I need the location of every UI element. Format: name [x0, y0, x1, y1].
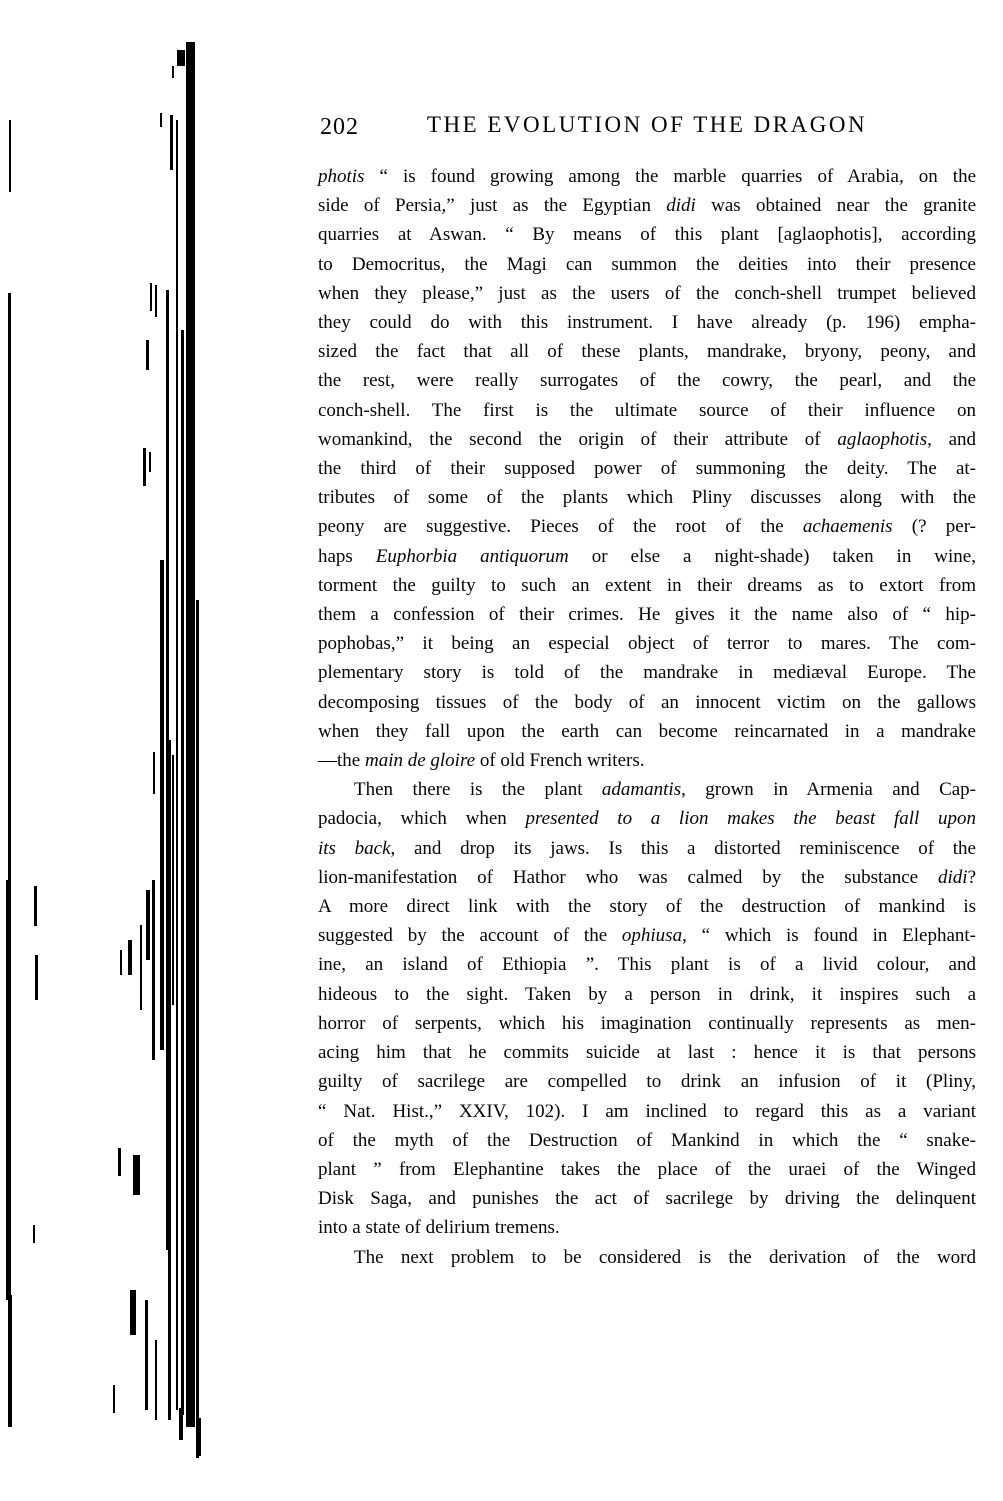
text-line: suggested by the account of the ophiusa,…: [318, 921, 976, 950]
scan-streak: [140, 925, 142, 1010]
text-segment: “ is found growing among the marble quar…: [364, 166, 976, 187]
text-segment: ine, an island of Ethiopia ”. This plant…: [318, 954, 976, 975]
text-line: of the myth of the Destruction of Mankin…: [318, 1126, 976, 1155]
scan-streak: [133, 1155, 140, 1195]
text-line: plant ” from Elephantine takes the place…: [318, 1155, 976, 1184]
text-line: horror of serpents, which his imaginatio…: [318, 1009, 976, 1038]
scan-streak: [33, 1225, 35, 1243]
scan-streak: [8, 293, 11, 883]
text-line: womankind, the second the origin of thei…: [318, 425, 976, 454]
italic-text: achaemenis: [803, 516, 893, 537]
italic-text: didi: [938, 867, 968, 888]
text-line: lion-manifestation of Hathor who was cal…: [318, 863, 976, 892]
text-line: torment the guilty to such an extent in …: [318, 571, 976, 600]
text-segment: padocia, which when: [318, 808, 525, 829]
scan-streak: [196, 600, 199, 1458]
text-segment: into a state of delirium tremens.: [318, 1217, 560, 1238]
text-segment: tributes of some of the plants which Pli…: [318, 487, 976, 508]
text-line: them a confession of their crimes. He gi…: [318, 600, 976, 629]
text-segment: “ Nat. Hist.,” XXIV, 102). I am inclined…: [318, 1101, 976, 1122]
scan-streak: [6, 880, 11, 1300]
text-line: into a state of delirium tremens.: [318, 1213, 976, 1242]
scan-streak: [181, 330, 184, 1415]
text-line: Disk Saga, and punishes the act of sacri…: [318, 1184, 976, 1213]
text-line: haps Euphorbia antiquorum or else a nigh…: [318, 542, 976, 571]
text-line: when they please,” just as the users of …: [318, 279, 976, 308]
paragraph: The next problem to be considered is the…: [318, 1243, 976, 1272]
text-line: acing him that he commits suicide at las…: [318, 1038, 976, 1067]
text-line: peony are suggestive. Pieces of the root…: [318, 512, 976, 541]
italic-text: ophiusa: [622, 925, 682, 946]
italic-text: Euphorbia antiquorum: [376, 546, 569, 567]
text-line: —the main de gloire of old French writer…: [318, 746, 976, 775]
text-segment: The next problem to be considered is the…: [354, 1247, 976, 1268]
scan-streak: [146, 890, 150, 960]
text-segment: haps: [318, 546, 376, 567]
scan-streak: [179, 1408, 183, 1440]
scan-streak: [176, 120, 178, 1410]
text-line: the third of their supposed power of sum…: [318, 454, 976, 483]
text-segment: womankind, the second the origin of thei…: [318, 429, 837, 450]
text-segment: , and: [927, 429, 976, 450]
scan-streak: [8, 1295, 12, 1427]
text-segment: —the: [318, 750, 365, 771]
running-title: THE EVOLUTION OF THE DRAGON: [318, 112, 976, 138]
text-line: the rest, were really surrogates of the …: [318, 366, 976, 395]
text-segment: Then there is the plant: [354, 779, 602, 800]
text-line: plementary story is told of the mandrake…: [318, 658, 976, 687]
text-line: to Democritus, the Magi can summon the d…: [318, 250, 976, 279]
scan-streak: [166, 290, 169, 1250]
text-segment: when they fall upon the earth can become…: [318, 721, 976, 742]
italic-text: photis: [318, 166, 364, 187]
scan-streak: [172, 755, 174, 1005]
text-line: its back, and drop its jaws. Is this a d…: [318, 834, 976, 863]
text-line: quarries at Aswan. “ By means of this pl…: [318, 220, 976, 249]
italic-text: adamantis: [602, 779, 681, 800]
text-segment: pophobas,” it being an especial object o…: [318, 633, 976, 654]
italic-text: aglaophotis: [837, 429, 927, 450]
scan-streak: [118, 1148, 121, 1176]
scan-streak: [168, 740, 171, 1420]
scan-streak: [146, 340, 149, 370]
scan-streak: [34, 886, 37, 926]
text-segment: the rest, were really surrogates of the …: [318, 370, 976, 391]
text-segment: of old French writers.: [475, 750, 644, 771]
body-text: photis “ is found growing among the marb…: [318, 162, 976, 1272]
scan-streak: [155, 285, 157, 317]
scan-streak: [150, 283, 152, 311]
page-header: 202 THE EVOLUTION OF THE DRAGON: [318, 112, 976, 144]
text-line: they could do with this instrument. I ha…: [318, 308, 976, 337]
scan-streak: [35, 955, 38, 1000]
text-segment: them a confession of their crimes. He gi…: [318, 604, 976, 625]
text-segment: A more direct link with the story of the…: [318, 896, 976, 917]
text-segment: they could do with this instrument. I ha…: [318, 312, 976, 333]
text-segment: conch-shell. The first is the ultimate s…: [318, 400, 976, 421]
text-segment: plementary story is told of the mandrake…: [318, 662, 976, 683]
text-segment: suggested by the account of the: [318, 925, 622, 946]
italic-text: didi: [666, 195, 696, 216]
scan-streak: [155, 1340, 157, 1420]
text-segment: horror of serpents, which his imaginatio…: [318, 1013, 976, 1034]
text-segment: was obtained near the granite: [696, 195, 976, 216]
text-line: ine, an island of Ethiopia ”. This plant…: [318, 950, 976, 979]
text-line: padocia, which when presented to a lion …: [318, 804, 976, 833]
text-segment: decomposing tissues of the body of an in…: [318, 692, 976, 713]
scan-streak: [120, 950, 122, 975]
scan-streak: [9, 120, 11, 192]
text-line: side of Persia,” just as the Egyptian di…: [318, 191, 976, 220]
scan-streak: [149, 452, 151, 472]
text-line: decomposing tissues of the body of an in…: [318, 688, 976, 717]
text-segment: , grown in Armenia and Cap-: [681, 779, 976, 800]
text-line: “ Nat. Hist.,” XXIV, 102). I am inclined…: [318, 1097, 976, 1126]
text-segment: hideous to the sight. Taken by a person …: [318, 984, 976, 1005]
page-content: 202 THE EVOLUTION OF THE DRAGON photis “…: [318, 112, 976, 1272]
text-segment: sized the fact that all of these plants,…: [318, 341, 976, 362]
text-line: guilty of sacrilege are compelled to dri…: [318, 1067, 976, 1096]
text-line: sized the fact that all of these plants,…: [318, 337, 976, 366]
text-line: A more direct link with the story of the…: [318, 892, 976, 921]
italic-text: main de gloire: [365, 750, 475, 771]
text-segment: the third of their supposed power of sum…: [318, 458, 976, 479]
paragraph: photis “ is found growing among the marb…: [318, 162, 976, 775]
scan-streak: [160, 113, 162, 127]
text-line: Then there is the plant adamantis, grown…: [318, 775, 976, 804]
text-segment: plant ” from Elephantine takes the place…: [318, 1159, 976, 1180]
text-line: tributes of some of the plants which Pli…: [318, 483, 976, 512]
scan-streak: [186, 42, 195, 1427]
text-segment: torment the guilty to such an extent in …: [318, 575, 976, 596]
scan-streak: [153, 752, 155, 794]
italic-text: presented to a lion makes the beast fall…: [525, 808, 976, 829]
text-segment: of the myth of the Destruction of Mankin…: [318, 1130, 976, 1151]
text-segment: side of Persia,” just as the Egyptian: [318, 195, 666, 216]
scan-streak: [113, 1385, 115, 1413]
scan-streak: [172, 66, 174, 78]
scan-streak: [196, 1418, 201, 1456]
scan-streak: [145, 1300, 148, 1410]
scan-streak: [170, 115, 173, 170]
text-line: photis “ is found growing among the marb…: [318, 162, 976, 191]
text-segment: , and drop its jaws. Is this a distorted…: [391, 838, 976, 859]
text-line: when they fall upon the earth can become…: [318, 717, 976, 746]
italic-text: its back: [318, 838, 391, 859]
text-segment: or else a night-shade) taken in wine,: [569, 546, 976, 567]
text-segment: lion-manifestation of Hathor who was cal…: [318, 867, 938, 888]
text-line: hideous to the sight. Taken by a person …: [318, 980, 976, 1009]
text-segment: ?: [968, 867, 976, 888]
text-segment: when they please,” just as the users of …: [318, 283, 976, 304]
text-segment: Disk Saga, and punishes the act of sacri…: [318, 1188, 976, 1209]
scan-streak: [128, 940, 132, 975]
paragraph: Then there is the plant adamantis, grown…: [318, 775, 976, 1242]
text-line: pophobas,” it being an especial object o…: [318, 629, 976, 658]
text-segment: , “ which is found in Elephant-: [682, 925, 976, 946]
text-segment: peony are suggestive. Pieces of the root…: [318, 516, 803, 537]
scan-streak: [130, 1290, 136, 1335]
text-segment: acing him that he commits suicide at las…: [318, 1042, 976, 1063]
book-page-scan: 202 THE EVOLUTION OF THE DRAGON photis “…: [0, 0, 1003, 1501]
text-segment: guilty of sacrilege are compelled to dri…: [318, 1071, 976, 1092]
scan-streak: [177, 50, 185, 66]
scan-streak: [143, 448, 146, 486]
text-segment: (? per-: [893, 516, 976, 537]
text-line: conch-shell. The first is the ultimate s…: [318, 396, 976, 425]
text-segment: quarries at Aswan. “ By means of this pl…: [318, 224, 976, 245]
scan-streak: [160, 560, 164, 1050]
scan-streak: [152, 880, 155, 1060]
text-segment: to Democritus, the Magi can summon the d…: [318, 254, 976, 275]
text-line: The next problem to be considered is the…: [318, 1243, 976, 1272]
